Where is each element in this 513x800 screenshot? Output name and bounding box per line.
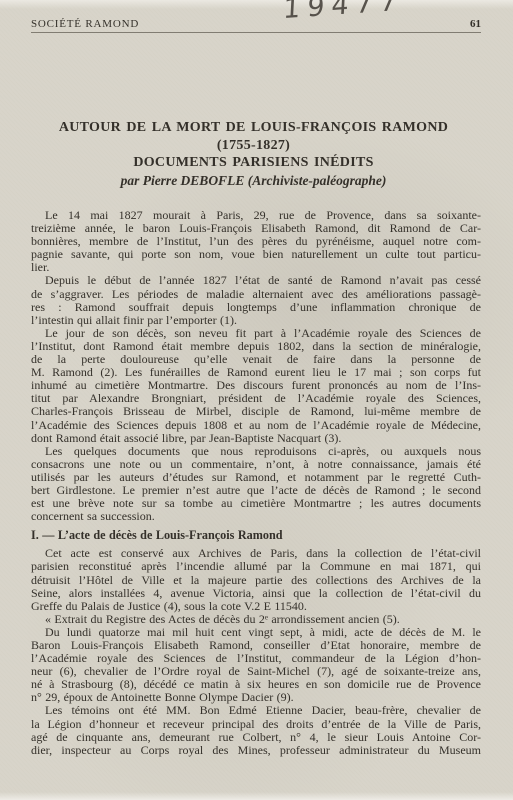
- text-line: pagnie savante, qui porte son nom, voue …: [31, 248, 481, 261]
- text-line: dier, inspecteur au Corps royal des Mine…: [31, 744, 481, 757]
- text-line: concernent sa succession.: [31, 510, 481, 523]
- text-line: dont Ramond était associé libre, par Jea…: [31, 432, 481, 445]
- text-line: Charles-François Brisseau de Mirbel, dis…: [31, 405, 481, 418]
- text-line: Le jour de son décès, son neveu fit part…: [31, 327, 481, 340]
- text-line: Greffe du Palais de Justice (4), sous la…: [31, 600, 481, 613]
- text-line: parisien reconstitué après l’incendie al…: [31, 560, 481, 573]
- article-title-line-2: DOCUMENTS PARISIENS INÉDITS: [0, 154, 507, 172]
- text-line: Seine, alors installées 4, avenue Victor…: [31, 587, 481, 600]
- paragraph: Cet acte est conservé aux Archives de Pa…: [31, 547, 481, 612]
- article-title-block: AUTOUR DE LA MORT DE LOUIS-FRANÇOIS RAMO…: [0, 119, 507, 189]
- text-line: Les quelques documents que nous reprodui…: [31, 445, 481, 458]
- text-line: consacrons une note ou un commentaire, n…: [31, 458, 481, 471]
- scanned-document-page: 19477 SOCIÉTÉ RAMOND 61 AUTOUR DE LA MOR…: [0, 0, 513, 800]
- article-body: Le 14 mai 1827 mourait à Paris, 29, rue …: [31, 209, 481, 757]
- journal-name: SOCIÉTÉ RAMOND: [31, 18, 139, 30]
- text-line: détruisit l’Hôtel de Ville et la majeure…: [31, 574, 481, 587]
- text-line: agé de cinquante ans, demeurant rue Colb…: [31, 731, 481, 744]
- text-line: l’intestin qui allait finir par l’emport…: [31, 314, 481, 327]
- text-line: la Légion d’honneur et receveur principa…: [31, 718, 481, 731]
- text-line: l’Académie des Sciences depuis 1808 et a…: [31, 419, 481, 432]
- article-title-line-1: AUTOUR DE LA MORT DE LOUIS-FRANÇOIS RAMO…: [0, 119, 507, 137]
- paragraph: Le 14 mai 1827 mourait à Paris, 29, rue …: [31, 209, 481, 274]
- page-number: 61: [470, 18, 481, 30]
- article-title-dates: (1755-1827): [0, 137, 507, 155]
- paragraph: Les quelques documents que nous reprodui…: [31, 445, 481, 524]
- paragraph: Du lundi quatorze mai mil huit cent ving…: [31, 626, 481, 705]
- section-heading: I. — L’acte de décès de Louis-François R…: [31, 529, 481, 542]
- running-header: SOCIÉTÉ RAMOND 61: [31, 18, 481, 33]
- paragraph: « Extrait du Registre des Actes de décès…: [31, 613, 481, 626]
- text-line: utilisés par les auteurs d’études sur Ra…: [31, 471, 481, 484]
- text-line: Les témoins ont été MM. Bon Edmé Etienne…: [31, 704, 481, 717]
- paragraph: Depuis le début de l’année 1827 l’état d…: [31, 274, 481, 326]
- text-line: « Extrait du Registre des Actes de décès…: [31, 613, 481, 626]
- article-byline: par Pierre DEBOFLE (Archiviste-paléograp…: [0, 172, 507, 189]
- paragraph: Le jour de son décès, son neveu fit part…: [31, 327, 481, 445]
- text-line: res : Ramond souffrait depuis longtemps …: [31, 301, 481, 314]
- text-line: Depuis le début de l’année 1827 l’état d…: [31, 274, 481, 287]
- text-line: de s’aggraver. Les périodes de maladie a…: [31, 288, 481, 301]
- paragraph: Les témoins ont été MM. Bon Edmé Etienne…: [31, 704, 481, 756]
